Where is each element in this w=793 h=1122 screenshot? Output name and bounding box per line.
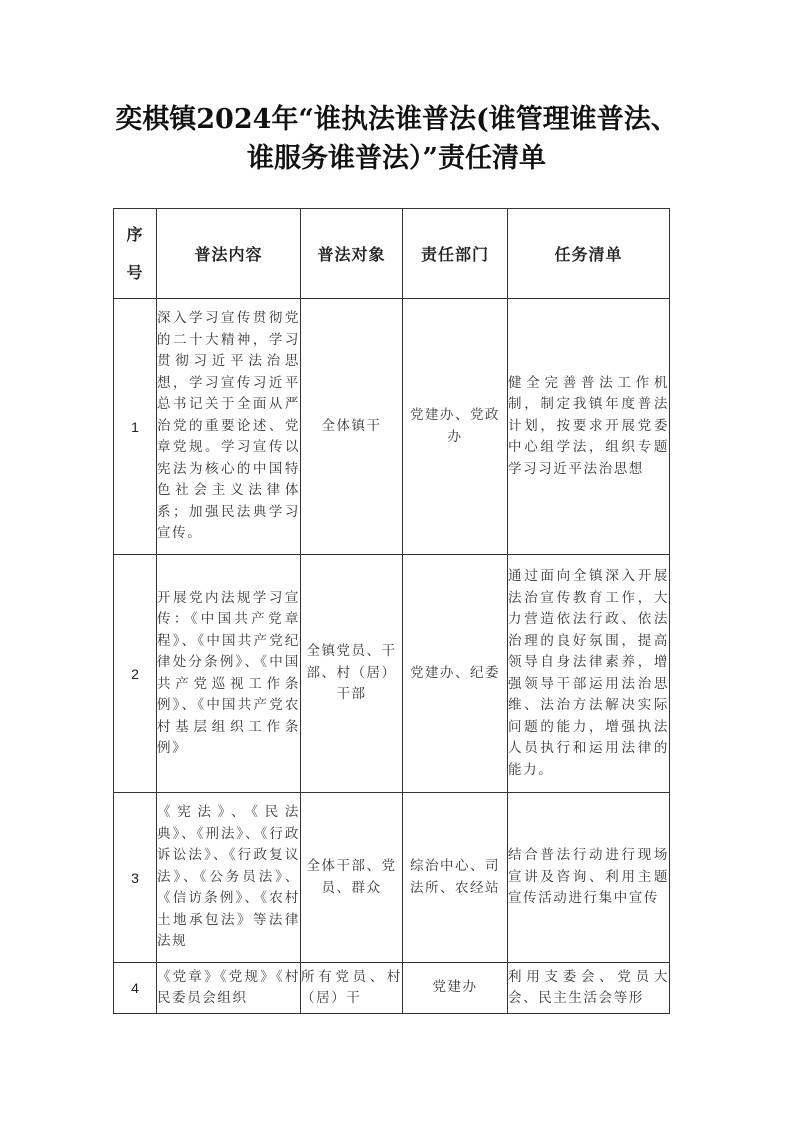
cell-target: 所有党员、村（居）干 (301, 963, 403, 1014)
cell-target: 全镇党员、干部、村（居）干部 (301, 555, 403, 793)
cell-content: 深入学习宣传贯彻党的二十大精神，学习贯彻习近平法治思想，学习宣传习近平总书记关于… (157, 299, 301, 555)
cell-department: 党建办 (403, 963, 508, 1014)
header-target: 普法对象 (301, 209, 403, 299)
cell-seq: 2 (114, 555, 157, 793)
cell-tasks: 通过面向全镇深入开展法治宣传教育工作，大力营造依法行政、依法治理的良好氛围，提高… (508, 555, 670, 793)
cell-seq: 4 (114, 963, 157, 1014)
document-title-line-1: 奕棋镇2024年“谁执法谁普法(谁管理谁普法、 (0, 100, 793, 140)
cell-seq: 3 (114, 793, 157, 963)
cell-tasks: 结合普法行动进行现场宣讲及咨询、利用主题宣传活动进行集中宣传 (508, 793, 670, 963)
cell-content: 《宪法》、《民法典》、《刑法》、《行政诉讼法》、《行政复议法》、《公务员法》、《… (157, 793, 301, 963)
header-tasks: 任务清单 (508, 209, 670, 299)
cell-department: 党建办、党政办 (403, 299, 508, 555)
cell-department: 综治中心、司法所、农经站 (403, 793, 508, 963)
cell-seq: 1 (114, 299, 157, 555)
document-title-line-2: 谁服务谁普法）”责任清单 (0, 139, 793, 179)
cell-tasks: 利用支委会、党员大会、民主生活会等形 (508, 963, 670, 1014)
cell-content: 《党章》《党规》《村民委员会组织 (157, 963, 301, 1014)
header-seq-char-2: 号 (114, 254, 156, 292)
header-seq-char-1: 序 (114, 216, 156, 254)
table-row: 4 《党章》《党规》《村民委员会组织 所有党员、村（居）干 党建办 利用支委会、… (114, 963, 670, 1014)
header-content: 普法内容 (157, 209, 301, 299)
header-department: 责任部门 (403, 209, 508, 299)
cell-target: 全体干部、党员、群众 (301, 793, 403, 963)
table-row: 3 《宪法》、《民法典》、《刑法》、《行政诉讼法》、《行政复议法》、《公务员法》… (114, 793, 670, 963)
table-row: 1 深入学习宣传贯彻党的二十大精神，学习贯彻习近平法治思想，学习宣传习近平总书记… (114, 299, 670, 555)
cell-department: 党建办、纪委 (403, 555, 508, 793)
cell-target: 全体镇干 (301, 299, 403, 555)
responsibility-table: 序 号 普法内容 普法对象 责任部门 任务清单 1 深入学习宣传贯彻党的二十大精… (113, 208, 670, 1014)
cell-content: 开展党内法规学习宣传：《中国共产党章程》、《中国共产党纪律处分条例》、《中国共产… (157, 555, 301, 793)
cell-tasks: 健全完善普法工作机制，制定我镇年度普法计划，按要求开展党委中心组学法，组织专题学… (508, 299, 670, 555)
table-header-row: 序 号 普法内容 普法对象 责任部门 任务清单 (114, 209, 670, 299)
header-seq: 序 号 (114, 209, 157, 299)
table-row: 2 开展党内法规学习宣传：《中国共产党章程》、《中国共产党纪律处分条例》、《中国… (114, 555, 670, 793)
